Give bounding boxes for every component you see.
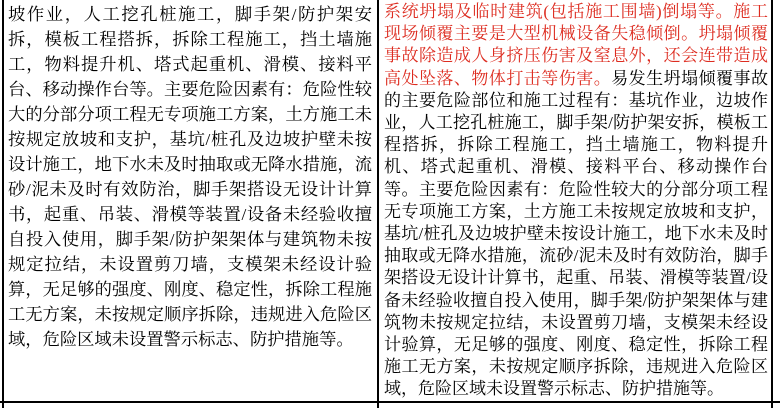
- left-table-cell: 坡作业，人工挖孔桩施工，脚手架/防护架安拆，模板工程搭拆，拆除工程施工，挡土墙施…: [8, 2, 372, 400]
- table-column-divider: [377, 0, 379, 408]
- table-left-border: [2, 0, 4, 408]
- right-cell-text: 系统坍塌及临时建筑(包括施工围墙)倒塌等。施工现场倾覆主要是大型机械设备失稳倾倒…: [384, 1, 768, 401]
- right-table-cell: 系统坍塌及临时建筑(包括施工围墙)倒塌等。施工现场倾覆主要是大型机械设备失稳倾倒…: [384, 1, 768, 403]
- right-cell-body-text: 易发生坍塌倾覆事故的主要危险部位和施工过程有：基坑作业，边坡作业，人工挖孔桩施工…: [384, 69, 768, 399]
- document-page: 坡作业，人工挖孔桩施工，脚手架/防护架安拆，模板工程搭拆，拆除工程施工，挡土墙施…: [0, 0, 780, 408]
- table-right-border: [771, 0, 773, 408]
- left-cell-text: 坡作业，人工挖孔桩施工，脚手架/防护架安拆，模板工程搭拆，拆除工程施工，挡土墙施…: [8, 2, 372, 352]
